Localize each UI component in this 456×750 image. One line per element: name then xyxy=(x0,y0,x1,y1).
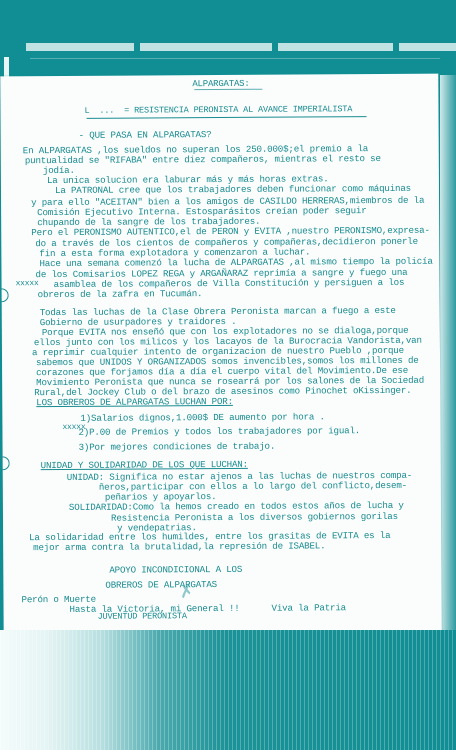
scan-top-paper-strip xyxy=(26,43,456,51)
demand-item: 3)Por mejores condiciones de trabajo. xyxy=(79,442,276,454)
document-title: L ... = RESISTENCIA PERONISTA AL AVANCE … xyxy=(84,104,352,116)
document-page: ALPARGATAS: L ... = RESISTENCIA PERONIST… xyxy=(0,74,441,639)
scan-right-edge xyxy=(440,75,456,635)
demand-item: 1)Salarios dignos,1.000$ DE aumento por … xyxy=(80,412,324,424)
punch-hole xyxy=(0,456,10,470)
punch-hole xyxy=(0,288,9,302)
solidarity-line: mejor arma contra la brutalidad,la repre… xyxy=(33,541,325,553)
strip-gap xyxy=(393,43,399,51)
support-line: APOYO INCONDICIONAL A LOS xyxy=(109,565,242,576)
scan-edge-mark xyxy=(4,57,9,77)
margin-strikeout: xxxxx xyxy=(16,279,39,290)
demands-heading: LOS OBREROS DE ALPARGATAS LUCHAN POR: xyxy=(36,397,233,409)
header-underline xyxy=(194,89,262,90)
document-body: ALPARGATAS: L ... = RESISTENCIA PERONIST… xyxy=(0,74,441,639)
signature: JUVENTUD PERONISTA xyxy=(98,611,187,622)
document-subtitle: - QUE PASA EN ALPARGATAS? xyxy=(79,130,212,141)
demand-item: 2)P.00 de Premios y todos los trabajador… xyxy=(78,426,360,438)
scan-lower-background xyxy=(0,630,456,750)
scan-ghost-rule xyxy=(30,58,440,73)
closing-slogan-right: Viva la Patria xyxy=(272,603,346,614)
strip-gap xyxy=(272,43,278,51)
title-underline xyxy=(87,116,367,119)
strip-gap xyxy=(134,43,140,51)
unity-heading: UNIDAD Y SOLIDARIDAD DE LOS QUE LUCHAN: xyxy=(41,460,248,472)
paragraph-line: puntualidad se "RIFABA" entre diez compa… xyxy=(25,154,381,167)
paragraph-line: obreros de la zafra en Tucumán. xyxy=(38,289,203,301)
